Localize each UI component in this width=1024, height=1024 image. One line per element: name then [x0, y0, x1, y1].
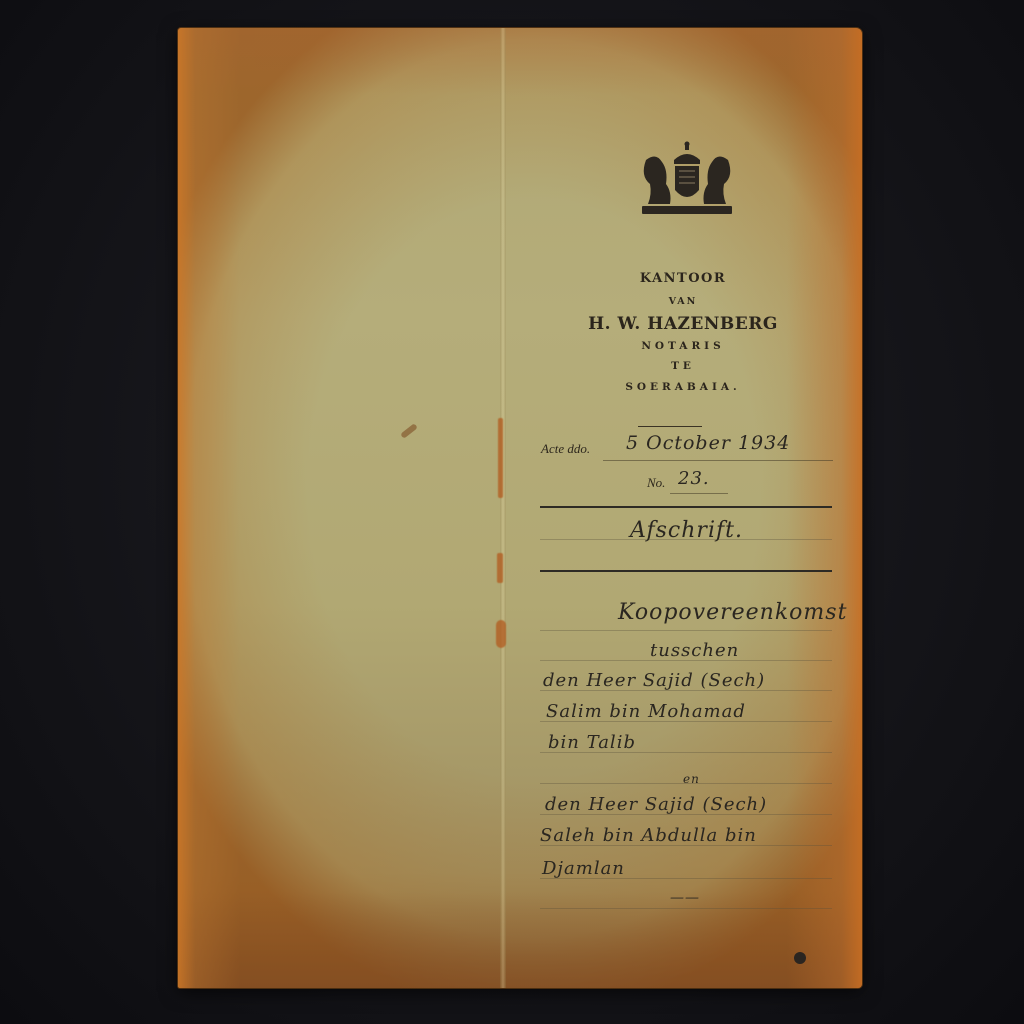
deed-line-party1: Salim bin Mohamad: [546, 701, 746, 722]
coat-of-arms-icon: [638, 140, 736, 216]
ruled-line: [540, 908, 832, 909]
rust-stain: [498, 418, 503, 498]
notary-title: NOTARIS: [533, 341, 833, 352]
photo-backdrop: KANTOOR VAN H. W. HAZENBERG NOTARIS TE S…: [0, 0, 1024, 1024]
deed-line-party1: den Heer Sajid (Sech): [543, 670, 765, 691]
deed-line-party1: bin Talib: [548, 732, 636, 753]
letterhead-office: KANTOOR: [533, 272, 833, 285]
notary-name: H. W. HAZENBERG: [533, 316, 833, 333]
deed-title: Koopovereenkomst: [618, 600, 847, 625]
deed-line-and: en: [683, 772, 700, 786]
number-label: No.: [647, 475, 665, 491]
letterhead-rule: [638, 426, 702, 427]
top-thick-rule: [540, 506, 832, 508]
notary-city: SOERABAIA.: [533, 382, 833, 393]
stamp-icon: [794, 952, 806, 964]
deed-line-party2: den Heer Sajid (Sech): [545, 794, 767, 815]
center-fold: [500, 28, 506, 988]
ruled-line: [540, 630, 832, 631]
rust-stain: [496, 620, 506, 648]
date-underline: [603, 460, 833, 461]
closing-mark: ——: [670, 890, 700, 906]
date-label: Acte ddo.: [541, 441, 590, 457]
letterhead: KANTOOR VAN H. W. HAZENBERG NOTARIS TE S…: [533, 268, 833, 392]
heading-copy: Afschrift.: [630, 518, 743, 543]
letterhead-of: VAN: [533, 297, 833, 307]
ink-stain: [400, 423, 418, 439]
letterhead-at: TE: [533, 361, 833, 372]
number-underline: [670, 493, 728, 494]
deed-line: tusschen: [650, 640, 739, 661]
deed-line-party2: Saleh bin Abdulla bin: [540, 825, 757, 846]
bottom-thick-rule: [540, 570, 832, 572]
date-value: 5 October 1934: [626, 432, 790, 454]
number-value: 23.: [678, 468, 710, 489]
rust-stain: [497, 553, 503, 583]
deed-line-party2: Djamlan: [542, 858, 625, 879]
document-page: KANTOOR VAN H. W. HAZENBERG NOTARIS TE S…: [178, 28, 862, 988]
